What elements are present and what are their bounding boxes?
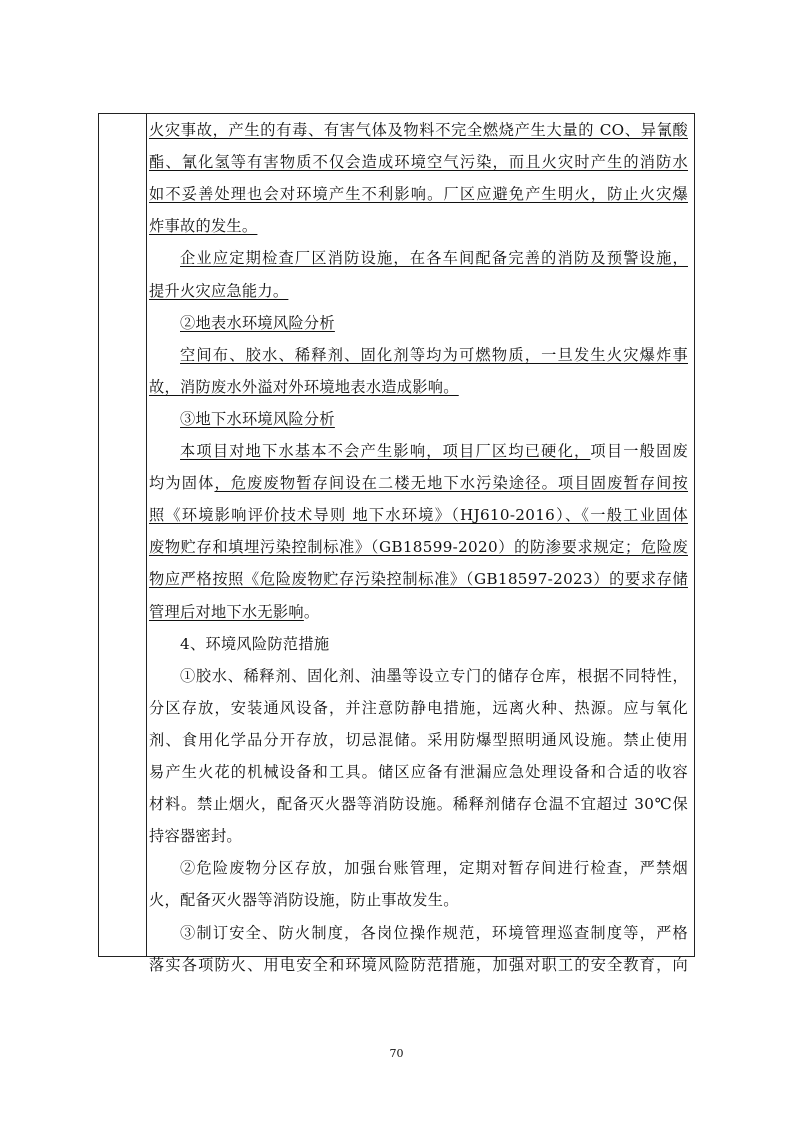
text-plain: 分区存放，安装通风设备，并注意防静电措施，远离火种、热源。应与氧化	[149, 699, 688, 717]
text-line: ②地表水环境风险分析	[149, 309, 688, 341]
text-line: ③制订安全、防火制度，各岗位操作规范，环境管理巡查制度等，严格	[149, 919, 688, 951]
text-underlined: 火灾事故，产生的有毒、有害气体及物料不完全燃烧产生大量的 CO、异氰酸	[149, 121, 688, 139]
text-line: 分区存放，安装通风设备，并注意防静电措施，远离火种、热源。应与氧化	[149, 694, 688, 726]
text-underlined: 空间布、胶水、稀释剂、固化剂等均为可燃物质，一旦发生火灾爆炸事	[180, 346, 688, 364]
text-line: 酯、氰化氢等有害物质不仅会造成环境空气污染，而且火灾时产生的消防水	[149, 148, 688, 180]
text-line: 炸事故的发生。	[149, 212, 688, 244]
text-plain: ③制订安全、防火制度，各岗位操作规范，环境管理巡查制度等，严格	[180, 924, 688, 942]
text-underlined: 照《环境影响评价技术导则 地下水环境》（HJ610-2016）、《一般工业固体	[149, 506, 688, 524]
text-plain: 剂、食用化学品分开存放，切忌混储。采用防爆型照明通风设施。禁止使用	[149, 731, 688, 749]
text-line: ①胶水、稀释剂、固化剂、油墨等设立专门的储存仓库，根据不同特性，	[149, 662, 688, 694]
text-line: 企业应定期检查厂区消防设施，在各车间配备完善的消防及预警设施，	[149, 244, 688, 276]
text-underlined: 废物贮存和填埋污染控制标准》（GB18599-2020）的防渗要求规定；危险废	[149, 538, 688, 556]
text-underlined: ②地表水环境风险分析	[180, 314, 335, 332]
page-number: 70	[0, 1047, 793, 1060]
text-line: 4、环境风险防范措施	[149, 630, 688, 662]
text-underlined: ，危废废物暂存间设在二楼无地下水污染途径。项目固废暂存间按	[214, 474, 688, 492]
text-line: 空间布、胶水、稀释剂、固化剂等均为可燃物质，一旦发生火灾爆炸事	[149, 341, 688, 373]
text-line: 剂、食用化学品分开存放，切忌混储。采用防爆型照明通风设施。禁止使用	[149, 726, 688, 758]
text-plain: 均为固体	[149, 474, 214, 492]
text-line: 落实各项防火、用电安全和环境风险防范措施，加强对职工的安全教育，向	[149, 951, 688, 983]
text-underlined: 企业应定期检查厂区消防设施，在各车间配备完善的消防及预警设施，	[180, 249, 688, 267]
table-left-column	[99, 114, 147, 956]
text-line: 本项目对地下水基本不会产生影响，项目厂区均已硬化，项目一般固废	[149, 437, 688, 469]
text-underlined: 酯、氰化氢等有害物质不仅会造成环境空气污染，而且火灾时产生的消防水	[149, 153, 688, 171]
text-plain: 材料。禁止烟火，配备灭火器等消防设施。稀释剂储存仓温不宜超过 30℃保	[149, 795, 688, 813]
text-line: 材料。禁止烟火，配备灭火器等消防设施。稀释剂储存仓温不宜超过 30℃保	[149, 790, 688, 822]
text-underlined: ③地下水环境风险分析	[180, 410, 335, 428]
text-line: ②危险废物分区存放，加强台账管理，定期对暂存间进行检查，严禁烟	[149, 854, 688, 886]
content-table: 火灾事故，产生的有毒、有害气体及物料不完全燃烧产生大量的 CO、异氰酸酯、氰化氢…	[98, 113, 695, 957]
text-underlined: 物应严格按照《危险废物贮存污染控制标准》（GB18597-2023）的要求存储	[149, 570, 688, 588]
text-plain: 持容器密封。	[149, 827, 242, 845]
text-line: 火灾事故，产生的有毒、有害气体及物料不完全燃烧产生大量的 CO、异氰酸	[149, 116, 688, 148]
text-line: 易产生火花的机械设备和工具。储区应备有泄漏应急处理设备和合适的收容	[149, 758, 688, 790]
text-underlined: 炸事故的发生。	[149, 217, 257, 235]
text-plain: 4、环境风险防范措施	[180, 635, 329, 653]
text-plain: 易产生火花的机械设备和工具。储区应备有泄漏应急处理设备和合适的收容	[149, 763, 688, 781]
text-plain: ①胶水、稀释剂、固化剂、油墨等设立专门的储存仓库，根据不同特性，	[180, 667, 688, 685]
text-underlined: 如不妥善处理也会对环境产生不利影响。厂区应避免产生明火，防止火灾爆	[149, 185, 688, 203]
text-underlined: 提升火灾应急能力。	[149, 282, 288, 300]
text-plain: 项目一般固废	[590, 442, 688, 460]
text-plain: 落实各项防火、用电安全和环境风险防范措施，加强对职工的安全教育，向	[149, 956, 688, 974]
text-plain: ②危险废物分区存放，加强台账管理，定期对暂存间进行检查，严禁烟	[180, 859, 688, 877]
text-underlined: 故，消防废水外溢对外环境地表水造成影响。	[149, 378, 459, 396]
text-line: 提升火灾应急能力。	[149, 277, 688, 309]
text-plain: 火，配备灭火器等消防设施，防止事故发生。	[149, 891, 459, 909]
text-line: 故，消防废水外溢对外环境地表水造成影响。	[149, 373, 688, 405]
text-line: 物应严格按照《危险废物贮存污染控制标准》（GB18597-2023）的要求存储	[149, 565, 688, 597]
text-line: 如不妥善处理也会对环境产生不利影响。厂区应避免产生明火，防止火灾爆	[149, 180, 688, 212]
text-line: 废物贮存和填埋污染控制标准》（GB18599-2020）的防渗要求规定；危险废	[149, 533, 688, 565]
text-line: 火，配备灭火器等消防设施，防止事故发生。	[149, 886, 688, 918]
text-plain: 。	[304, 603, 320, 621]
text-line: 持容器密封。	[149, 822, 688, 854]
text-line: 管理后对地下水无影响。	[149, 598, 688, 630]
text-line: 照《环境影响评价技术导则 地下水环境》（HJ610-2016）、《一般工业固体	[149, 501, 688, 533]
text-underlined: 管理后对地下水无影响	[149, 603, 304, 621]
text-underlined: 本项目对地下水基本不会产生影响，项目厂区均已硬化，	[180, 442, 590, 460]
text-line: 均为固体，危废废物暂存间设在二楼无地下水污染途径。项目固废暂存间按	[149, 469, 688, 501]
text-line: ③地下水环境风险分析	[149, 405, 688, 437]
